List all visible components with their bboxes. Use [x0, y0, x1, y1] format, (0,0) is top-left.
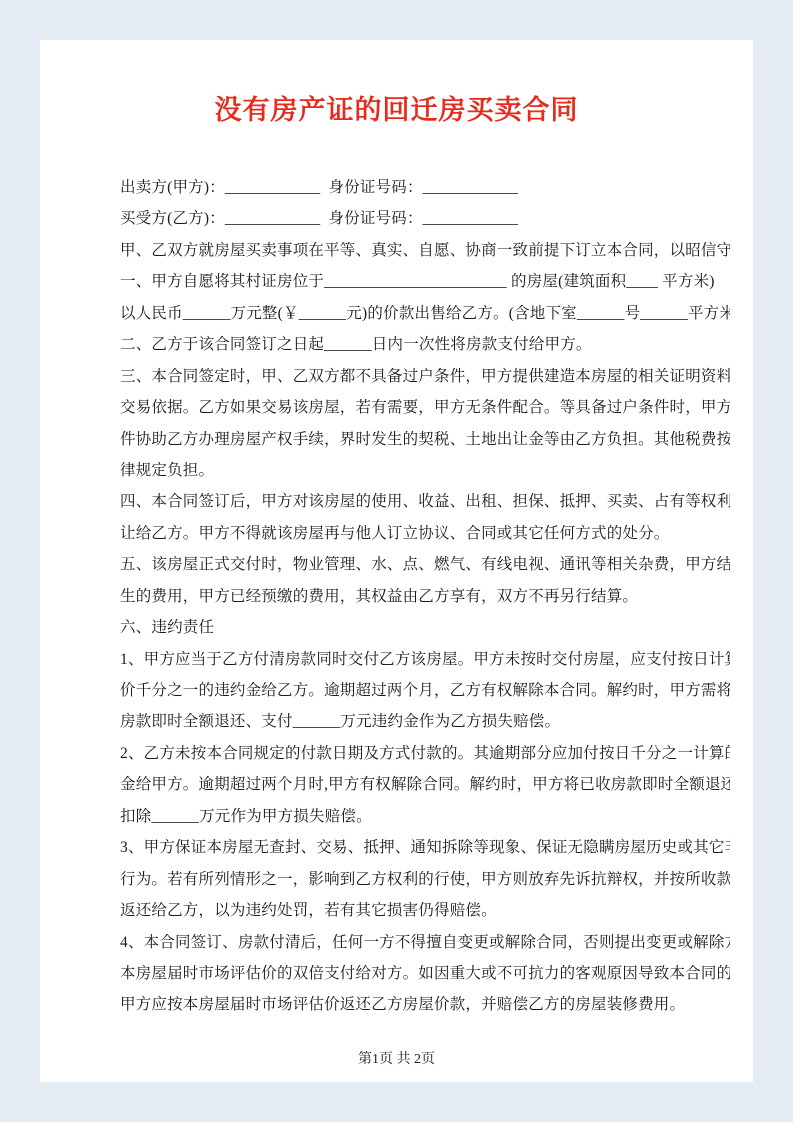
- page-footer: 第1页 共 2页: [40, 1048, 753, 1068]
- text-line: 房款即时全额退还、支付______万元违约金作为乙方损失赔偿。: [120, 706, 730, 737]
- text-line: 六、违约责任: [120, 612, 730, 643]
- text-line: 一、甲方自愿将其村证房位于_______________________ 的房屋…: [120, 266, 730, 297]
- contract-page: 没有房产证的回迁房买卖合同 出卖方(甲方)：____________ 身份证号码…: [40, 40, 753, 1082]
- text-line: 3、甲方保证本房屋无查封、交易、抵押、通知拆除等现象、保证无隐瞒房屋历史或其它非…: [120, 832, 730, 863]
- text-line: 1、甲方应当于乙方付清房款同时交付乙方该房屋。甲方未按时交付房屋，应支付按日计算…: [120, 644, 730, 675]
- text-line: 二、乙方于该合同签订之日起______日内一次性将房款支付给甲方。: [120, 329, 730, 360]
- text-line: 出卖方(甲方)：____________ 身份证号码：____________: [120, 172, 730, 203]
- text-line: 三、本合同签定时，甲、乙双方都不具备过户条件，甲方提供建造本房屋的相关证明资料，…: [120, 361, 730, 392]
- text-line: 2、乙方未按本合同规定的付款日期及方式付款的。其逾期部分应加付按日千分之一计算的…: [120, 738, 730, 769]
- text-line: 扣除______万元作为甲方损失赔偿。: [120, 801, 730, 832]
- text-line: 行为。若有所列情形之一，影响到乙方权利的行使，甲方则放弃先诉抗辩权，并按所收款项…: [120, 864, 730, 895]
- text-line: 4、本合同签订、房款付清后，任何一方不得擅自变更或解除合同，否则提出变更或解除方…: [120, 927, 730, 958]
- text-line: 生的费用，甲方已经预缴的费用，其权益由乙方享有，双方不再另行结算。: [120, 581, 730, 612]
- text-line: 交易依据。乙方如果交易该房屋，若有需要，甲方无条件配合。等具备过户条件时，甲方应…: [120, 392, 730, 423]
- text-line: 本房屋届时市场评估价的双倍支付给对方。如因重大或不可抗力的客观原因导致本合同的解…: [120, 958, 730, 989]
- document-body: 出卖方(甲方)：____________ 身份证号码：____________买…: [120, 172, 730, 1021]
- text-line: 甲、乙双方就房屋买卖事项在平等、真实、自愿、协商一致前提下订立本合同，以昭信守。: [120, 235, 730, 266]
- text-line: 五、该房屋正式交付时，物业管理、水、点、燃气、有线电视、通讯等相关杂费，甲方结清…: [120, 549, 730, 580]
- text-line: 件协助乙方办理房屋产权手续，界时发生的契税、土地出让金等由乙方负担。其他税费按有…: [120, 424, 730, 455]
- text-line: 四、本合同签订后，甲方对该房屋的使用、收益、出租、担保、抵押、买卖、占有等权利一…: [120, 486, 730, 517]
- text-line: 买受方(乙方)：____________ 身份证号码：____________: [120, 203, 730, 234]
- text-line: 让给乙方。甲方不得就该房屋再与他人订立协议、合同或其它任何方式的处分。: [120, 518, 730, 549]
- text-line: 律规定负担。: [120, 455, 730, 486]
- page-title: 没有房产证的回迁房买卖合同: [40, 92, 753, 128]
- text-line: 返还给乙方，以为违约处罚，若有其它损害仍得赔偿。: [120, 895, 730, 926]
- text-line: 甲方应按本房屋届时市场评估价返还乙方房屋价款，并赔偿乙方的房屋装修费用。: [120, 989, 730, 1020]
- text-line: 金给甲方。逾期超过两个月时,甲方有权解除合同。解约时，甲方将已收房款即时全额退还…: [120, 769, 730, 800]
- text-line: 价千分之一的违约金给乙方。逾期超过两个月，乙方有权解除本合同。解约时，甲方需将已…: [120, 675, 730, 706]
- text-line: 以人民币______万元整(￥______元)的价款出售给乙方。(含地下室___…: [120, 298, 730, 329]
- document-canvas: 没有房产证的回迁房买卖合同 出卖方(甲方)：____________ 身份证号码…: [0, 0, 793, 1122]
